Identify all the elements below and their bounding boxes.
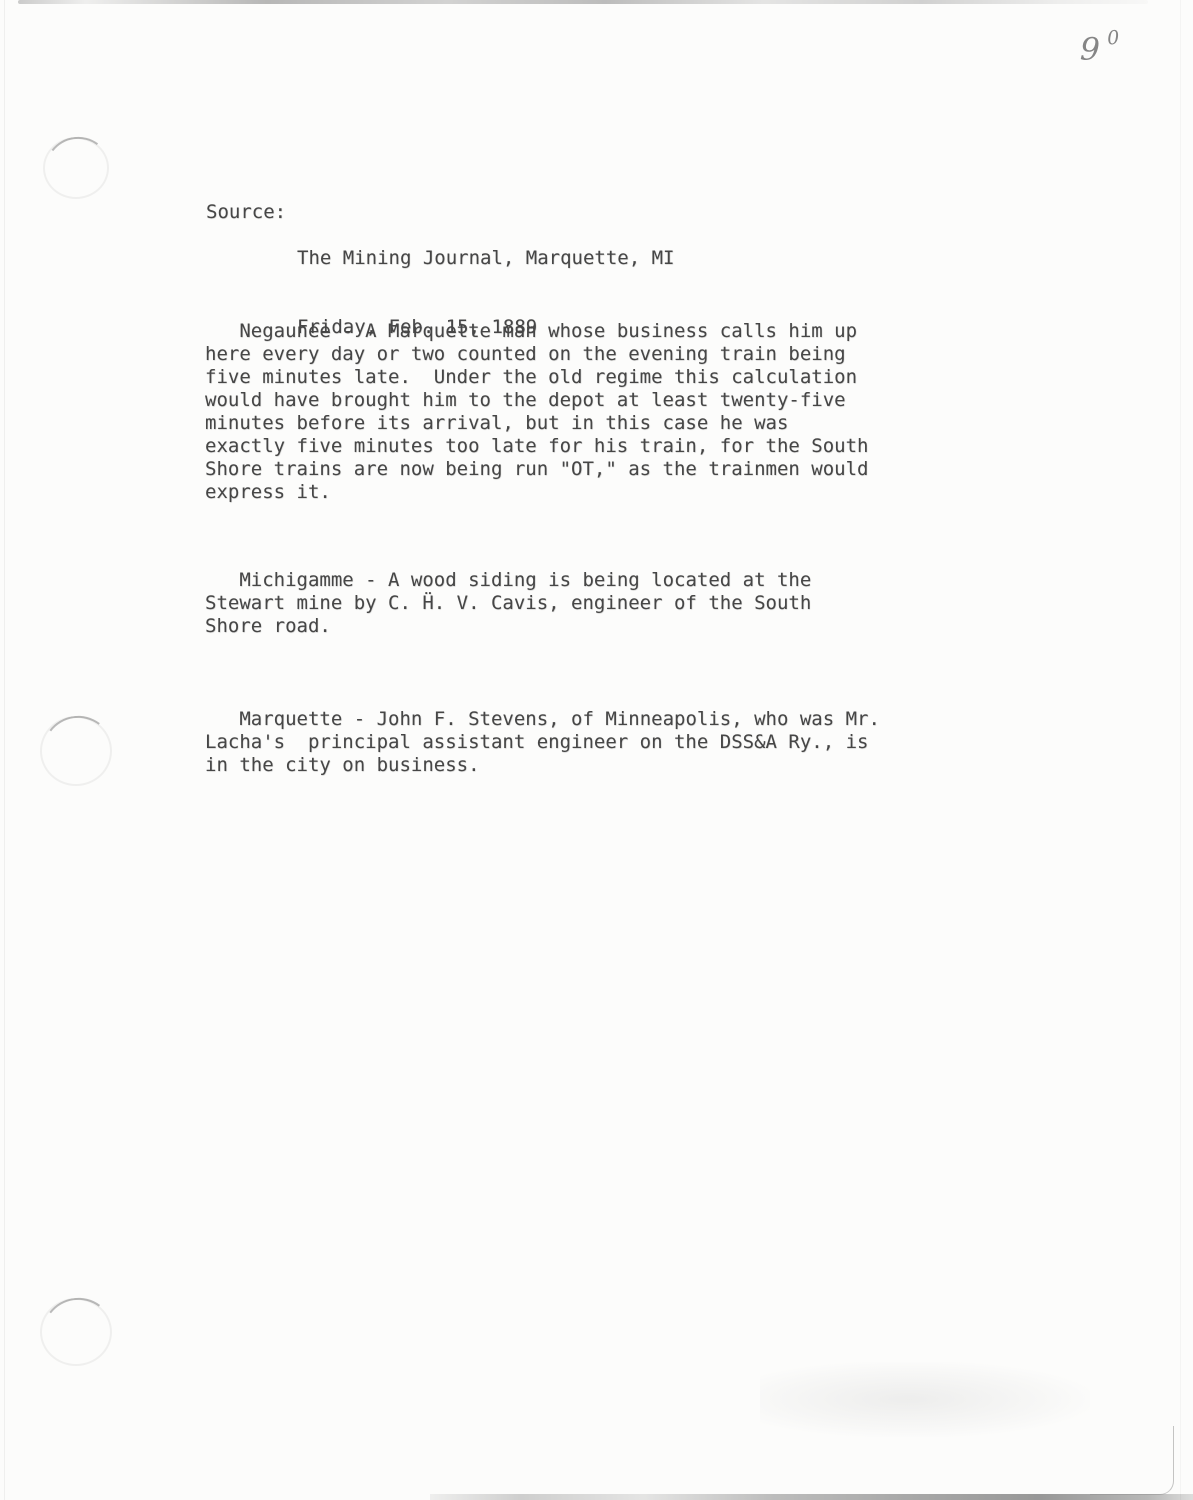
- scanned-document-page: 9 0 Source: The Mining Journal, Marquett…: [0, 0, 1193, 1500]
- scan-edge-right: [1180, 0, 1181, 1500]
- scan-edge-bottom: [430, 1494, 1193, 1500]
- source-publication: The Mining Journal, Marquette, MI: [297, 247, 675, 270]
- handwritten-digit: 9: [1080, 31, 1101, 68]
- punch-hole-top: [43, 137, 109, 199]
- handwritten-digit: 0: [1106, 27, 1120, 50]
- scan-edge-left: [4, 0, 5, 1500]
- handwritten-page-number: 9 0: [1079, 27, 1122, 69]
- punch-hole-middle: [40, 716, 112, 786]
- scan-edge-top: [18, 0, 1148, 4]
- punch-hole-bottom: [40, 1298, 112, 1366]
- news-item-marquette: Marquette - John F. Stevens, of Minneapo…: [205, 708, 925, 777]
- paper-corner-bottom-right: [1090, 1426, 1174, 1495]
- news-item-negaunee: Negaunee - A Marquette man whose busines…: [205, 320, 905, 504]
- news-item-michigamme: Michigamme - A wood siding is being loca…: [205, 569, 905, 638]
- scan-smudge: [760, 1362, 1090, 1437]
